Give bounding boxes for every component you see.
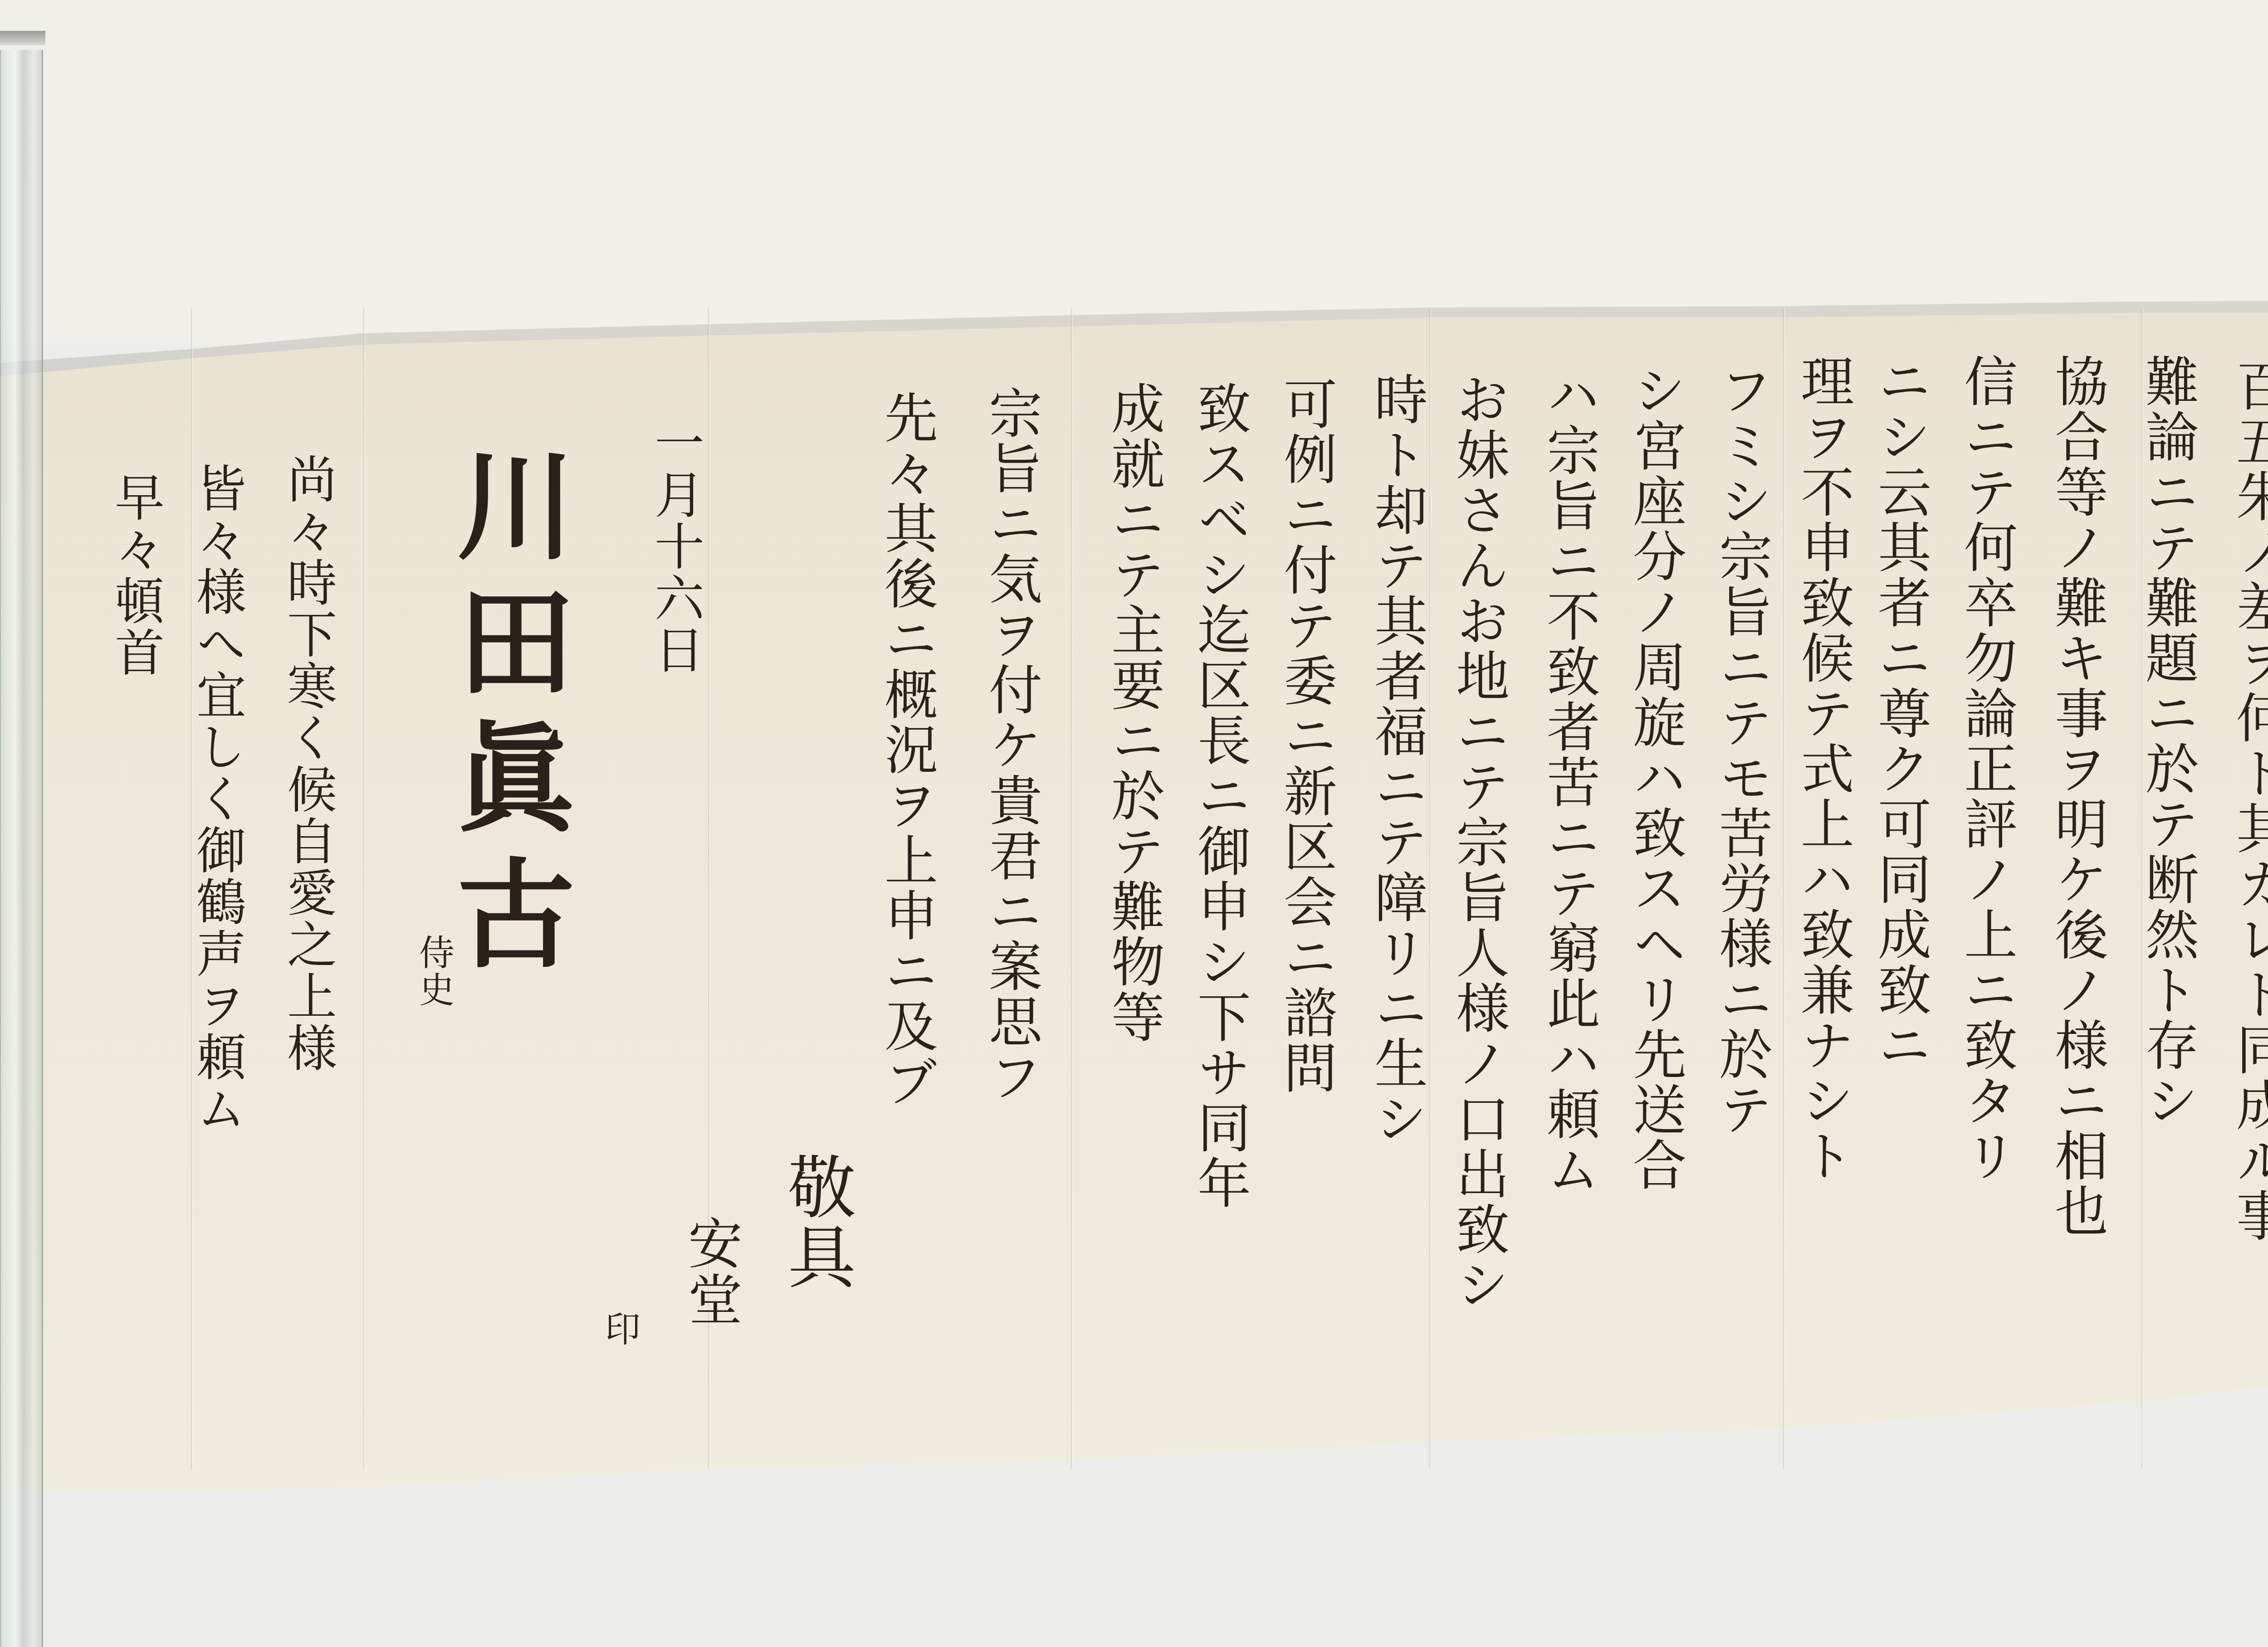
fold-line [1429, 308, 1432, 1469]
letter-body-column: 信ニテ何卒勿論正評ノ上ニ致タリ [1960, 354, 2013, 1184]
letter-body-column: 百五朱ノ差ヲ何ト其カレト同成ル事 [2232, 358, 2268, 1243]
fold-line [363, 308, 366, 1469]
letter-body-column: 時ト却テ其者福ニテ障リニ生シ [1370, 372, 1423, 1146]
letter-date: 一月十六日 [640, 417, 711, 676]
letter-body-column: 難論ニテ難題ニ於テ断然ト存シ [2141, 354, 2195, 1128]
sender-signature: 安堂 [671, 1215, 749, 1328]
letter-body-column: お妹さんお地ニテ宗旨人様ノ口出致シ [1452, 372, 1505, 1312]
letter-body-column: 成就ニテ主要ニ於テ難物等 [1107, 381, 1160, 1045]
glass-weight-rod [0, 50, 43, 1647]
background-wall [0, 0, 2268, 345]
letter-body-column: 宗旨ニ気ヲ付ケ貴君ニ案思フ [984, 385, 1038, 1105]
closing-keigu: 敬具 [767, 1152, 865, 1291]
postscript-column: 早々頓首 [100, 472, 171, 678]
letter-body-column: 先々其後ニ概況ヲ上申ニ及ブ [880, 390, 934, 1109]
fold-line [1783, 308, 1785, 1469]
letter-body-column: 致スベシ迄区長ニ御申シ下サ同年 [1193, 381, 1246, 1211]
letter-body-column: フミシ宗旨ニテモ苦労様ニ於テ [1715, 363, 1768, 1137]
letter-body-column: シ宮座分ノ周旋ハ致スヘリ先送合 [1628, 363, 1682, 1193]
sender-seal-mark: 印 [594, 1311, 645, 1348]
recipient-name: 川田眞古 [422, 444, 591, 989]
postscript-column: 皆々様へ宜しく御鶴声ヲ頼ム [181, 463, 253, 1135]
letter-body-column: ニシ云其者ニ尊ク可同成致ニ [1873, 354, 1927, 1073]
postscript-column: 尚々時下寒く候自愛之上様 [272, 453, 344, 1074]
letter-body-column: ハ宗旨ニ不致者苦ニテ窮此ハ頼ム [1542, 367, 1596, 1197]
fold-line [1070, 308, 1073, 1469]
letter-body-column: 理ヲ不申致候テ式上ハ致兼ナシト [1796, 354, 1850, 1184]
recipient-honorific: 侍史 [408, 934, 459, 1009]
letter-body-column: 協合等ノ難キ事ヲ明ケ後ノ様ニ相也 [2050, 354, 2104, 1239]
glass-weight-top [0, 31, 45, 45]
letter-body-column: 可例ニ付テ委ニ新区会ニ諮問 [1279, 376, 1333, 1096]
